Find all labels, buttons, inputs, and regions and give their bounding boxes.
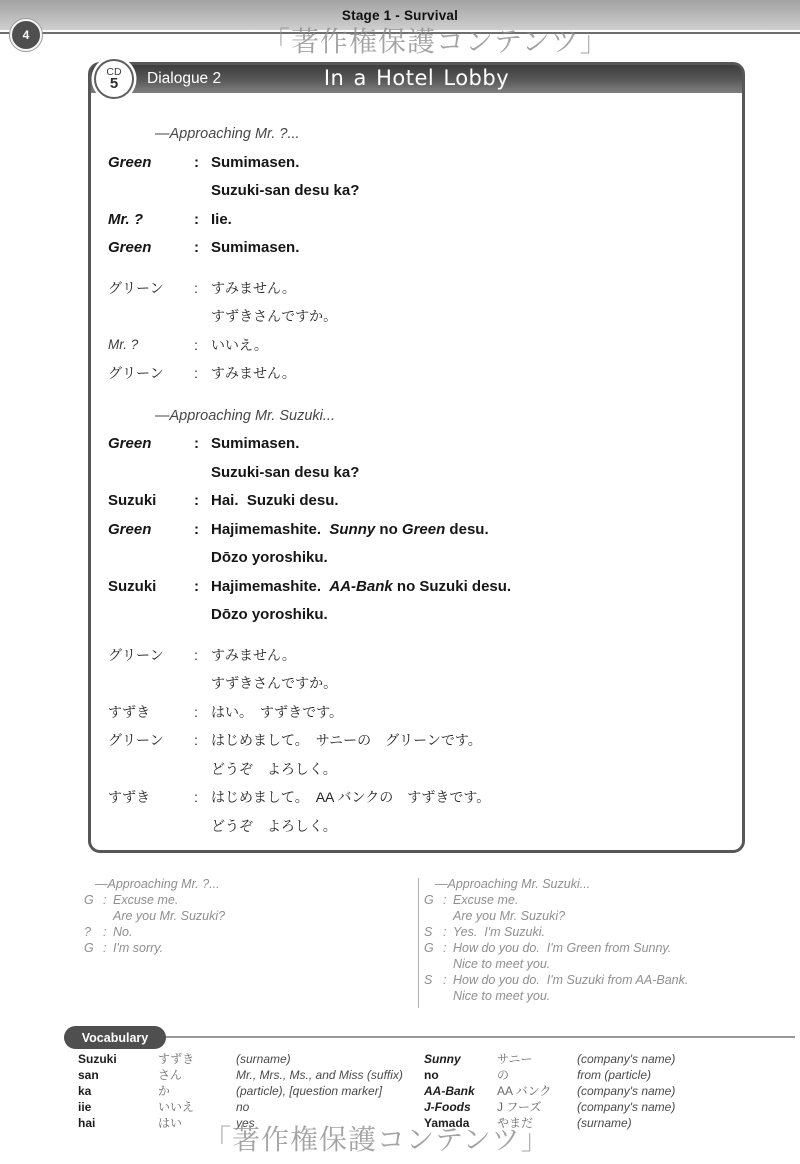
dialog-row: Mr. ? : いいえ。 bbox=[108, 331, 724, 360]
vocab-kana: サニー bbox=[497, 1051, 577, 1067]
translation-row: Nice to meet you. bbox=[424, 988, 790, 1004]
colon bbox=[103, 908, 113, 924]
colon bbox=[443, 988, 453, 1004]
dialog-text: すみません。 bbox=[211, 359, 724, 388]
dialog-row: Dōzo yoroshiku. bbox=[108, 544, 724, 573]
translation-row: ? : No. bbox=[84, 924, 404, 940]
vocab-meaning: (company's name) bbox=[577, 1099, 790, 1115]
translation-row: Are you Mr. Suzuki? bbox=[84, 908, 404, 924]
colon: : bbox=[443, 972, 453, 988]
dialogue-title: In a Hotel Lobby bbox=[91, 65, 742, 93]
colon: : bbox=[103, 892, 113, 908]
cd-number: 5 bbox=[110, 77, 118, 91]
dialogue-section-japanese-2: グリーン : すみません。 すずきさんですか。 すずき : はい。 すずきです。… bbox=[108, 641, 724, 841]
dialog-row: すずきさんですか。 bbox=[108, 669, 724, 698]
stage-direction: —Approaching Mr. Suzuki... bbox=[108, 402, 724, 431]
vocab-meaning: (surname) bbox=[577, 1115, 790, 1131]
vocab-row: Suzuki すずき (surname) bbox=[78, 1051, 413, 1067]
dialog-text: Dōzo yoroshiku. bbox=[211, 544, 724, 573]
dialog-text: Hajimemashite. Sunny no Green desu. bbox=[211, 516, 724, 545]
dialog-text: すずきさんですか。 bbox=[211, 669, 724, 698]
colon bbox=[194, 601, 211, 630]
vocab-row: J-Foods J フーズ (company's name) bbox=[424, 1099, 790, 1115]
speaker-label bbox=[108, 669, 194, 698]
text-part: Hajimemashite. bbox=[211, 521, 329, 538]
translation-speaker bbox=[424, 956, 443, 972]
text-part-italic: Green bbox=[402, 521, 445, 538]
colon: : bbox=[194, 206, 211, 235]
dialog-text: Sumimasen. bbox=[211, 149, 724, 178]
translation-row: G : I'm sorry. bbox=[84, 940, 404, 956]
colon: : bbox=[194, 149, 211, 178]
dialog-text: すずきさんですか。 bbox=[211, 302, 724, 331]
colon bbox=[443, 908, 453, 924]
speaker-label: すずき bbox=[108, 783, 194, 812]
dialog-row: Suzuki-san desu ka? bbox=[108, 459, 724, 488]
translation-speaker bbox=[84, 908, 103, 924]
dialogue-card: CD 5 Dialogue 2 In a Hotel Lobby —Approa… bbox=[88, 62, 745, 853]
dialogue-section-japanese-1: グリーン : すみません。 すずきさんですか。 Mr. ? : いいえ。 グリー… bbox=[108, 274, 724, 388]
dialogue-section-romaji-2: —Approaching Mr. Suzuki... Green : Sumim… bbox=[108, 402, 724, 630]
speaker-label bbox=[108, 755, 194, 784]
dialog-row: どうぞ よろしく。 bbox=[108, 755, 724, 784]
vocab-term: Suzuki bbox=[78, 1051, 158, 1067]
vocab-meaning: (particle), [question marker] bbox=[236, 1083, 413, 1099]
dialog-text: どうぞ よろしく。 bbox=[211, 755, 724, 784]
translation-text: Are you Mr. Suzuki? bbox=[453, 908, 790, 924]
vocab-kana: J フーズ bbox=[497, 1099, 577, 1115]
dialog-text: はい。 すずきです。 bbox=[211, 698, 724, 727]
dialog-row: Suzuki : Hai. Suzuki desu. bbox=[108, 487, 724, 516]
translation-text: How do you do. I'm Green from Sunny. bbox=[453, 940, 790, 956]
colon bbox=[194, 459, 211, 488]
colon: : bbox=[103, 924, 113, 940]
text-part: no Suzuki desu. bbox=[393, 578, 511, 595]
translation-speaker bbox=[424, 988, 443, 1004]
dialog-row: グリーン : すみません。 bbox=[108, 274, 724, 303]
speaker-label: Green bbox=[108, 149, 194, 178]
vocab-kana: やまだ bbox=[497, 1115, 577, 1131]
colon bbox=[194, 177, 211, 206]
vocab-row: hai はい yes bbox=[78, 1115, 413, 1131]
text-part: no bbox=[375, 521, 402, 538]
translation-text: How do you do. I'm Suzuki from AA-Bank. bbox=[453, 972, 790, 988]
translation-speaker bbox=[424, 908, 443, 924]
dialog-row: すずき : はじめまして。 AA バンクの すずきです。 bbox=[108, 783, 724, 812]
vocabulary-right-column: Sunny サニー (company's name) no の from (pa… bbox=[424, 1051, 790, 1131]
text-part: Hajimemashite. bbox=[211, 578, 329, 595]
colon: : bbox=[194, 430, 211, 459]
colon bbox=[443, 956, 453, 972]
colon: : bbox=[194, 274, 211, 303]
vocabulary-heading: Vocabulary bbox=[64, 1026, 166, 1049]
dialog-row: Green : Sumimasen. bbox=[108, 149, 724, 178]
speaker-label: グリーン bbox=[108, 726, 194, 755]
translation-direction: —Approaching Mr. ?... bbox=[84, 876, 404, 892]
colon: : bbox=[194, 516, 211, 545]
vocab-row: no の from (particle) bbox=[424, 1067, 790, 1083]
dialog-row: Mr. ? : Iie. bbox=[108, 206, 724, 235]
speaker-label: Suzuki bbox=[108, 487, 194, 516]
dialog-row: すずき : はい。 すずきです。 bbox=[108, 698, 724, 727]
vocab-kana: いいえ bbox=[158, 1099, 236, 1115]
translation-speaker: G bbox=[84, 892, 103, 908]
dialog-row: グリーン : すみません。 bbox=[108, 359, 724, 388]
vocab-row: iie いいえ no bbox=[78, 1099, 413, 1115]
translation-text: Nice to meet you. bbox=[453, 988, 790, 1004]
translation-row: G : How do you do. I'm Green from Sunny. bbox=[424, 940, 790, 956]
vocab-row: Yamada やまだ (surname) bbox=[424, 1115, 790, 1131]
vocab-meaning: no bbox=[236, 1099, 413, 1115]
colon: : bbox=[194, 726, 211, 755]
translation-text: Yes. I'm Suzuki. bbox=[453, 924, 790, 940]
translation-text: Excuse me. bbox=[113, 892, 404, 908]
dialogue-body: —Approaching Mr. ?... Green : Sumimasen.… bbox=[91, 120, 742, 840]
dialog-row: すずきさんですか。 bbox=[108, 302, 724, 331]
vocab-term: Sunny bbox=[424, 1051, 497, 1067]
translation-text: No. bbox=[113, 924, 404, 940]
colon: : bbox=[443, 892, 453, 908]
vocab-term: Yamada bbox=[424, 1115, 497, 1131]
translation-text: Are you Mr. Suzuki? bbox=[113, 908, 404, 924]
translation-direction: —Approaching Mr. Suzuki... bbox=[424, 876, 790, 892]
translation-row: S : Yes. I'm Suzuki. bbox=[424, 924, 790, 940]
colon bbox=[194, 669, 211, 698]
translation-text: Excuse me. bbox=[453, 892, 790, 908]
colon bbox=[194, 812, 211, 841]
dialog-row: Suzuki : Hajimemashite. AA-Bank no Suzuk… bbox=[108, 573, 724, 602]
dialog-row: Dōzo yoroshiku. bbox=[108, 601, 724, 630]
translation-speaker: S bbox=[424, 924, 443, 940]
speaker-label: Green bbox=[108, 234, 194, 263]
vocab-meaning: Mr., Mrs., Ms., and Miss (suffix) bbox=[236, 1067, 413, 1083]
colon: : bbox=[443, 940, 453, 956]
text-part-italic: Sunny bbox=[329, 521, 375, 538]
stage-direction: —Approaching Mr. ?... bbox=[108, 120, 724, 149]
vocab-term: AA-Bank bbox=[424, 1083, 497, 1099]
dialog-row: どうぞ よろしく。 bbox=[108, 812, 724, 841]
colon bbox=[194, 755, 211, 784]
dialog-text: Sumimasen. bbox=[211, 430, 724, 459]
translation-row: G : Excuse me. bbox=[424, 892, 790, 908]
dialog-text: Dōzo yoroshiku. bbox=[211, 601, 724, 630]
vocab-kana: か bbox=[158, 1083, 236, 1099]
vocab-kana: すずき bbox=[158, 1051, 236, 1067]
speaker-label: Green bbox=[108, 516, 194, 545]
vocab-row: Sunny サニー (company's name) bbox=[424, 1051, 790, 1067]
dialog-row: Green : Hajimemashite. Sunny no Green de… bbox=[108, 516, 724, 545]
dialog-text: Hajimemashite. AA-Bank no Suzuki desu. bbox=[211, 573, 724, 602]
translation-text: I'm sorry. bbox=[113, 940, 404, 956]
dialog-row: Suzuki-san desu ka? bbox=[108, 177, 724, 206]
speaker-label bbox=[108, 812, 194, 841]
colon: : bbox=[194, 573, 211, 602]
vocab-row: san さん Mr., Mrs., Ms., and Miss (suffix) bbox=[78, 1067, 413, 1083]
translation-speaker: ? bbox=[84, 924, 103, 940]
textbook-page: Stage 1 - Survival 4 「著作権保護コンテンツ」 CD 5 D… bbox=[0, 0, 800, 1164]
dialog-text: Iie. bbox=[211, 206, 724, 235]
colon: : bbox=[194, 641, 211, 670]
translation-right-column: —Approaching Mr. Suzuki... G : Excuse me… bbox=[424, 876, 790, 1004]
vocab-kana: の bbox=[497, 1067, 577, 1083]
speaker-label bbox=[108, 601, 194, 630]
stage-title: Stage 1 - Survival bbox=[0, 8, 800, 23]
dialog-text: Sumimasen. bbox=[211, 234, 724, 263]
translation-speaker: G bbox=[424, 892, 443, 908]
colon: : bbox=[194, 783, 211, 812]
text-part-italic: AA-Bank bbox=[329, 578, 392, 595]
speaker-label: すずき bbox=[108, 698, 194, 727]
speaker-label: Mr. ? bbox=[108, 206, 194, 235]
colon: : bbox=[194, 234, 211, 263]
vocab-meaning: (surname) bbox=[236, 1051, 413, 1067]
vocab-kana: さん bbox=[158, 1067, 236, 1083]
vocab-meaning: (company's name) bbox=[577, 1083, 790, 1099]
dialog-text: すみません。 bbox=[211, 274, 724, 303]
translation-row: G : Excuse me. bbox=[84, 892, 404, 908]
translation-text: Nice to meet you. bbox=[453, 956, 790, 972]
vocab-term: iie bbox=[78, 1099, 158, 1115]
dialog-text: Hai. Suzuki desu. bbox=[211, 487, 724, 516]
dialog-text: いいえ。 bbox=[211, 331, 724, 360]
translation-left-column: —Approaching Mr. ?... G : Excuse me. Are… bbox=[84, 876, 404, 956]
translation-speaker: G bbox=[424, 940, 443, 956]
translation-speaker: G bbox=[84, 940, 103, 956]
translation-column-divider bbox=[418, 878, 419, 1008]
colon: : bbox=[194, 698, 211, 727]
vocab-term: ka bbox=[78, 1083, 158, 1099]
speaker-label: グリーン bbox=[108, 359, 194, 388]
vocab-row: AA-Bank AA バンク (company's name) bbox=[424, 1083, 790, 1099]
colon bbox=[194, 302, 211, 331]
cd-track-badge: CD 5 bbox=[94, 59, 134, 99]
vocabulary-rule bbox=[160, 1036, 795, 1038]
speaker-label: グリーン bbox=[108, 274, 194, 303]
vocab-kana: AA バンク bbox=[497, 1083, 577, 1099]
speaker-label bbox=[108, 544, 194, 573]
colon: : bbox=[194, 359, 211, 388]
vocabulary-left-column: Suzuki すずき (surname) san さん Mr., Mrs., M… bbox=[78, 1051, 413, 1131]
colon bbox=[194, 544, 211, 573]
header-rule bbox=[0, 32, 800, 34]
colon: : bbox=[194, 331, 211, 360]
translation-row: Are you Mr. Suzuki? bbox=[424, 908, 790, 924]
vocab-term: san bbox=[78, 1067, 158, 1083]
dialogue-section-romaji-1: —Approaching Mr. ?... Green : Sumimasen.… bbox=[108, 120, 724, 263]
dialog-text: はじめまして。 AA バンクの すずきです。 bbox=[211, 783, 724, 812]
colon: : bbox=[103, 940, 113, 956]
dialog-text: すみません。 bbox=[211, 641, 724, 670]
vocab-kana: はい bbox=[158, 1115, 236, 1131]
dialogue-card-header: CD 5 Dialogue 2 In a Hotel Lobby bbox=[91, 65, 742, 93]
vocab-term: hai bbox=[78, 1115, 158, 1131]
vocab-meaning: yes bbox=[236, 1115, 413, 1131]
dialog-row: グリーン : すみません。 bbox=[108, 641, 724, 670]
dialog-row: Green : Sumimasen. bbox=[108, 430, 724, 459]
speaker-label: グリーン bbox=[108, 641, 194, 670]
speaker-label bbox=[108, 177, 194, 206]
vocab-row: ka か (particle), [question marker] bbox=[78, 1083, 413, 1099]
dialog-text: Suzuki-san desu ka? bbox=[211, 177, 724, 206]
translation-row: Nice to meet you. bbox=[424, 956, 790, 972]
dialog-text: はじめまして。 サニーの グリーンです。 bbox=[211, 726, 724, 755]
dialog-row: Green : Sumimasen. bbox=[108, 234, 724, 263]
speaker-label: Green bbox=[108, 430, 194, 459]
dialog-text: どうぞ よろしく。 bbox=[211, 812, 724, 841]
text-part: desu. bbox=[445, 521, 488, 538]
translation-speaker: S bbox=[424, 972, 443, 988]
dialog-row: グリーン : はじめまして。 サニーの グリーンです。 bbox=[108, 726, 724, 755]
translation-row: S : How do you do. I'm Suzuki from AA-Ba… bbox=[424, 972, 790, 988]
colon: : bbox=[443, 924, 453, 940]
speaker-label bbox=[108, 302, 194, 331]
vocab-meaning: from (particle) bbox=[577, 1067, 790, 1083]
vocab-term: J-Foods bbox=[424, 1099, 497, 1115]
vocab-term: no bbox=[424, 1067, 497, 1083]
vocab-meaning: (company's name) bbox=[577, 1051, 790, 1067]
page-number-badge: 4 bbox=[10, 19, 42, 51]
dialog-text: Suzuki-san desu ka? bbox=[211, 459, 724, 488]
colon: : bbox=[194, 487, 211, 516]
speaker-label bbox=[108, 459, 194, 488]
speaker-label: Mr. ? bbox=[108, 331, 194, 360]
speaker-label: Suzuki bbox=[108, 573, 194, 602]
